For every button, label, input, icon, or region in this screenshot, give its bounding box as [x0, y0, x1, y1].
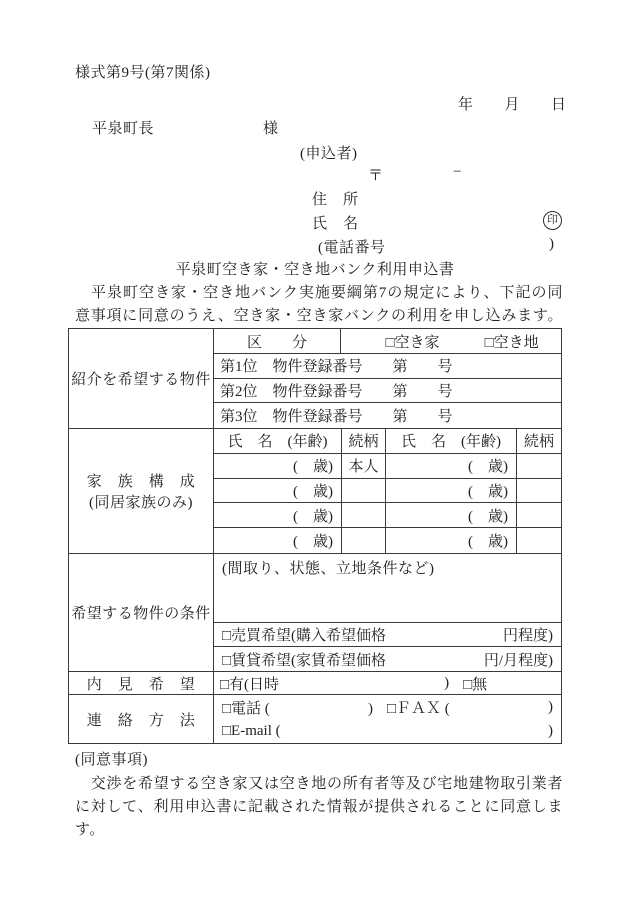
family-age-cell[interactable]: ( 歳) — [386, 479, 517, 503]
seal-mark-icon: 印 — [543, 211, 562, 230]
family-relation-cell[interactable] — [517, 454, 561, 478]
section-family: 家 族 構 成 (同居家族のみ) 氏 名 (年齢) 続柄 氏 名 (年齢) 続柄… — [69, 429, 561, 554]
rank-2-row[interactable]: 第2位 物件登録番号 第 号 — [214, 379, 561, 404]
category-row: 区 分 □空き家□空き地 — [214, 329, 561, 354]
section-contact: 連 絡 方 法 □電話 ( )□ＦＡＸ ( ) □E-mail ( ) — [69, 695, 561, 743]
family-row-1: ( 歳) 本人 ( 歳) — [214, 454, 561, 479]
contact-email-line: □E-mail ( ) — [214, 719, 561, 743]
agreement-heading: (同意事項) — [75, 748, 148, 769]
family-age-cell[interactable]: ( 歳) — [214, 528, 342, 553]
checkbox-rent-wish[interactable]: □賃貸希望(家賃希望価格 — [222, 649, 386, 670]
family-age-cell[interactable]: ( 歳) — [214, 479, 342, 503]
buy-price-suffix: 円程度) — [503, 624, 553, 645]
family-age-cell[interactable]: ( 歳) — [386, 454, 517, 478]
checkbox-viewing-yes[interactable]: □有(日時 — [220, 673, 279, 694]
family-relation-header-2: 続柄 — [517, 429, 561, 453]
family-relation-cell[interactable] — [342, 528, 386, 553]
rank-1-row[interactable]: 第1位 物件登録番号 第 号 — [214, 354, 561, 379]
rank-3-row[interactable]: 第3位 物件登録番号 第 号 — [214, 403, 561, 428]
checkbox-contact-phone[interactable]: □電話 ( — [222, 697, 270, 718]
family-age-cell[interactable]: ( 歳) — [214, 503, 342, 527]
viewing-label: 内 見 希 望 — [69, 672, 214, 694]
conditions-note-cell[interactable]: (間取り、状態、立地条件など) — [214, 554, 561, 623]
applicant-label: (申込者) — [300, 142, 358, 163]
agreement-line-1: 交渉を希望する空き家又は空き地の所有者等及び宅地建物取引業者 — [75, 772, 563, 793]
family-age-cell[interactable]: ( 歳) — [214, 454, 342, 478]
form-number: 様式第9号(第7関係) — [75, 61, 211, 82]
family-row-2: ( 歳) ( 歳) — [214, 479, 561, 504]
viewing-row: □有(日時 ) □無 — [214, 672, 561, 694]
phone-close-paren: ) — [549, 236, 555, 253]
section-desired-property: 紹介を希望する物件 区 分 □空き家□空き地 第1位 物件登録番号 第 号 第2… — [69, 329, 561, 429]
email-close-paren: ) — [548, 723, 553, 740]
agreement-line-2: に対して、利用申込書に記載された情報が提供されることに同意しま — [75, 795, 563, 816]
phone-close-paren: ) — [368, 701, 373, 717]
family-row-3: ( 歳) ( 歳) — [214, 503, 561, 528]
section-conditions: 希望する物件の条件 (間取り、状態、立地条件など) □売買希望(購入希望価格 円… — [69, 554, 561, 672]
desired-property-label: 紹介を希望する物件 — [69, 329, 214, 428]
checkbox-vacant-land[interactable]: □空き地 — [485, 335, 539, 351]
section-viewing: 内 見 希 望 □有(日時 ) □無 — [69, 672, 561, 695]
contact-label: 連 絡 方 法 — [69, 695, 214, 743]
addressee-honorific: 様 — [263, 117, 279, 138]
family-row-4: ( 歳) ( 歳) — [214, 528, 561, 553]
family-label: 家 族 構 成 (同居家族のみ) — [69, 429, 214, 553]
address-label: 住 所 — [312, 188, 359, 209]
phone-label: (電話番号 — [318, 236, 386, 257]
application-table: 紹介を希望する物件 区 分 □空き家□空き地 第1位 物件登録番号 第 号 第2… — [68, 328, 562, 744]
postal-mark: 〒 — [368, 164, 384, 185]
family-age-cell[interactable]: ( 歳) — [386, 503, 517, 527]
contact-phone-fax-line: □電話 ( )□ＦＡＸ ( ) — [214, 695, 561, 719]
checkbox-contact-email[interactable]: □E-mail ( — [222, 723, 281, 740]
document-title: 平泉町空き家・空き地バンク利用申込書 — [0, 258, 630, 279]
checkbox-viewing-no[interactable]: □無 — [463, 673, 487, 694]
family-relation-cell: 本人 — [342, 454, 386, 478]
family-age-cell[interactable]: ( 歳) — [386, 528, 517, 553]
category-label: 区 分 — [214, 329, 341, 353]
checkbox-vacant-house[interactable]: □空き家 — [386, 335, 440, 351]
family-label-line1: 家 族 構 成 — [87, 470, 196, 491]
viewing-close-paren: ) — [444, 675, 449, 692]
contact-fax-group: )□ＦＡＸ ( — [368, 697, 450, 718]
family-relation-cell[interactable] — [517, 503, 561, 527]
date-line: 年 月 日 — [458, 93, 567, 114]
addressee: 平泉町長 — [92, 117, 154, 138]
rent-wish-row: □賃貸希望(家賃希望価格 円/月程度) — [214, 647, 561, 671]
intro-line-1: 平泉町空き家・空き地バンク実施要綱第7の規定により、下記の同 — [75, 281, 563, 302]
family-name-header-2: 氏 名 (年齢) — [386, 429, 517, 453]
family-relation-cell[interactable] — [517, 528, 561, 553]
family-relation-cell[interactable] — [342, 479, 386, 503]
family-relation-cell[interactable] — [342, 503, 386, 527]
agreement-line-3: す。 — [75, 818, 105, 839]
family-label-line2: (同居家族のみ) — [89, 491, 193, 512]
conditions-label: 希望する物件の条件 — [69, 554, 214, 671]
family-relation-header-1: 続柄 — [342, 429, 386, 453]
checkbox-contact-fax[interactable]: □ＦＡＸ ( — [387, 701, 450, 717]
postal-code-dash: − — [453, 164, 462, 181]
family-relation-cell[interactable] — [517, 479, 561, 503]
buy-wish-row: □売買希望(購入希望価格 円程度) — [214, 623, 561, 647]
checkbox-buy-wish[interactable]: □売買希望(購入希望価格 — [222, 624, 386, 645]
family-name-header-1: 氏 名 (年齢) — [214, 429, 342, 453]
name-label: 氏 名 — [312, 212, 359, 233]
fax-close-paren: ) — [548, 699, 553, 716]
rent-price-suffix: 円/月程度) — [484, 649, 553, 670]
family-header-row: 氏 名 (年齢) 続柄 氏 名 (年齢) 続柄 — [214, 429, 561, 454]
